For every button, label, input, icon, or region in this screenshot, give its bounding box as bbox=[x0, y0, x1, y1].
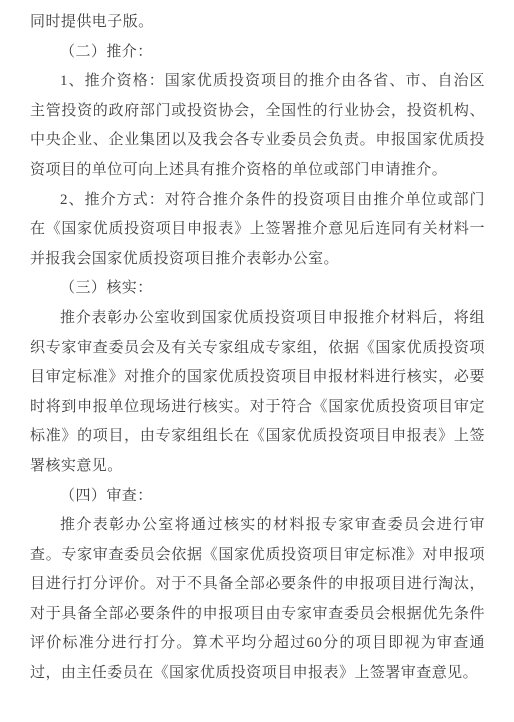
heading-section-4-review: （四）审查： bbox=[30, 482, 485, 512]
heading-section-3-verification: （三）核实： bbox=[30, 274, 485, 304]
document-body: 同时提供电子版。 （二）推介： 1、推介资格：国家优质投资项目的推介由各省、市、… bbox=[30, 8, 485, 689]
heading-section-2-recommendation: （二）推介： bbox=[30, 38, 485, 68]
paragraph-verification-process: 推介表彰办公室收到国家优质投资项目申报推介材料后，将组织专家审查委员会及有关专家… bbox=[30, 304, 485, 482]
paragraph-recommendation-qualification: 1、推介资格：国家优质投资项目的推介由各省、市、自治区主管投资的政府部门或投资协… bbox=[30, 67, 485, 185]
paragraph-review-process: 推介表彰办公室将通过核实的材料报专家审查委员会进行审查。专家审查委员会依据《国家… bbox=[30, 511, 485, 689]
paragraph-recommendation-method: 2、推介方式：对符合推介条件的投资项目由推介单位或部门在《国家优质投资项目申报表… bbox=[30, 186, 485, 275]
document-page: 同时提供电子版。 （二）推介： 1、推介资格：国家优质投资项目的推介由各省、市、… bbox=[0, 0, 514, 722]
paragraph-continuation: 同时提供电子版。 bbox=[30, 8, 485, 38]
